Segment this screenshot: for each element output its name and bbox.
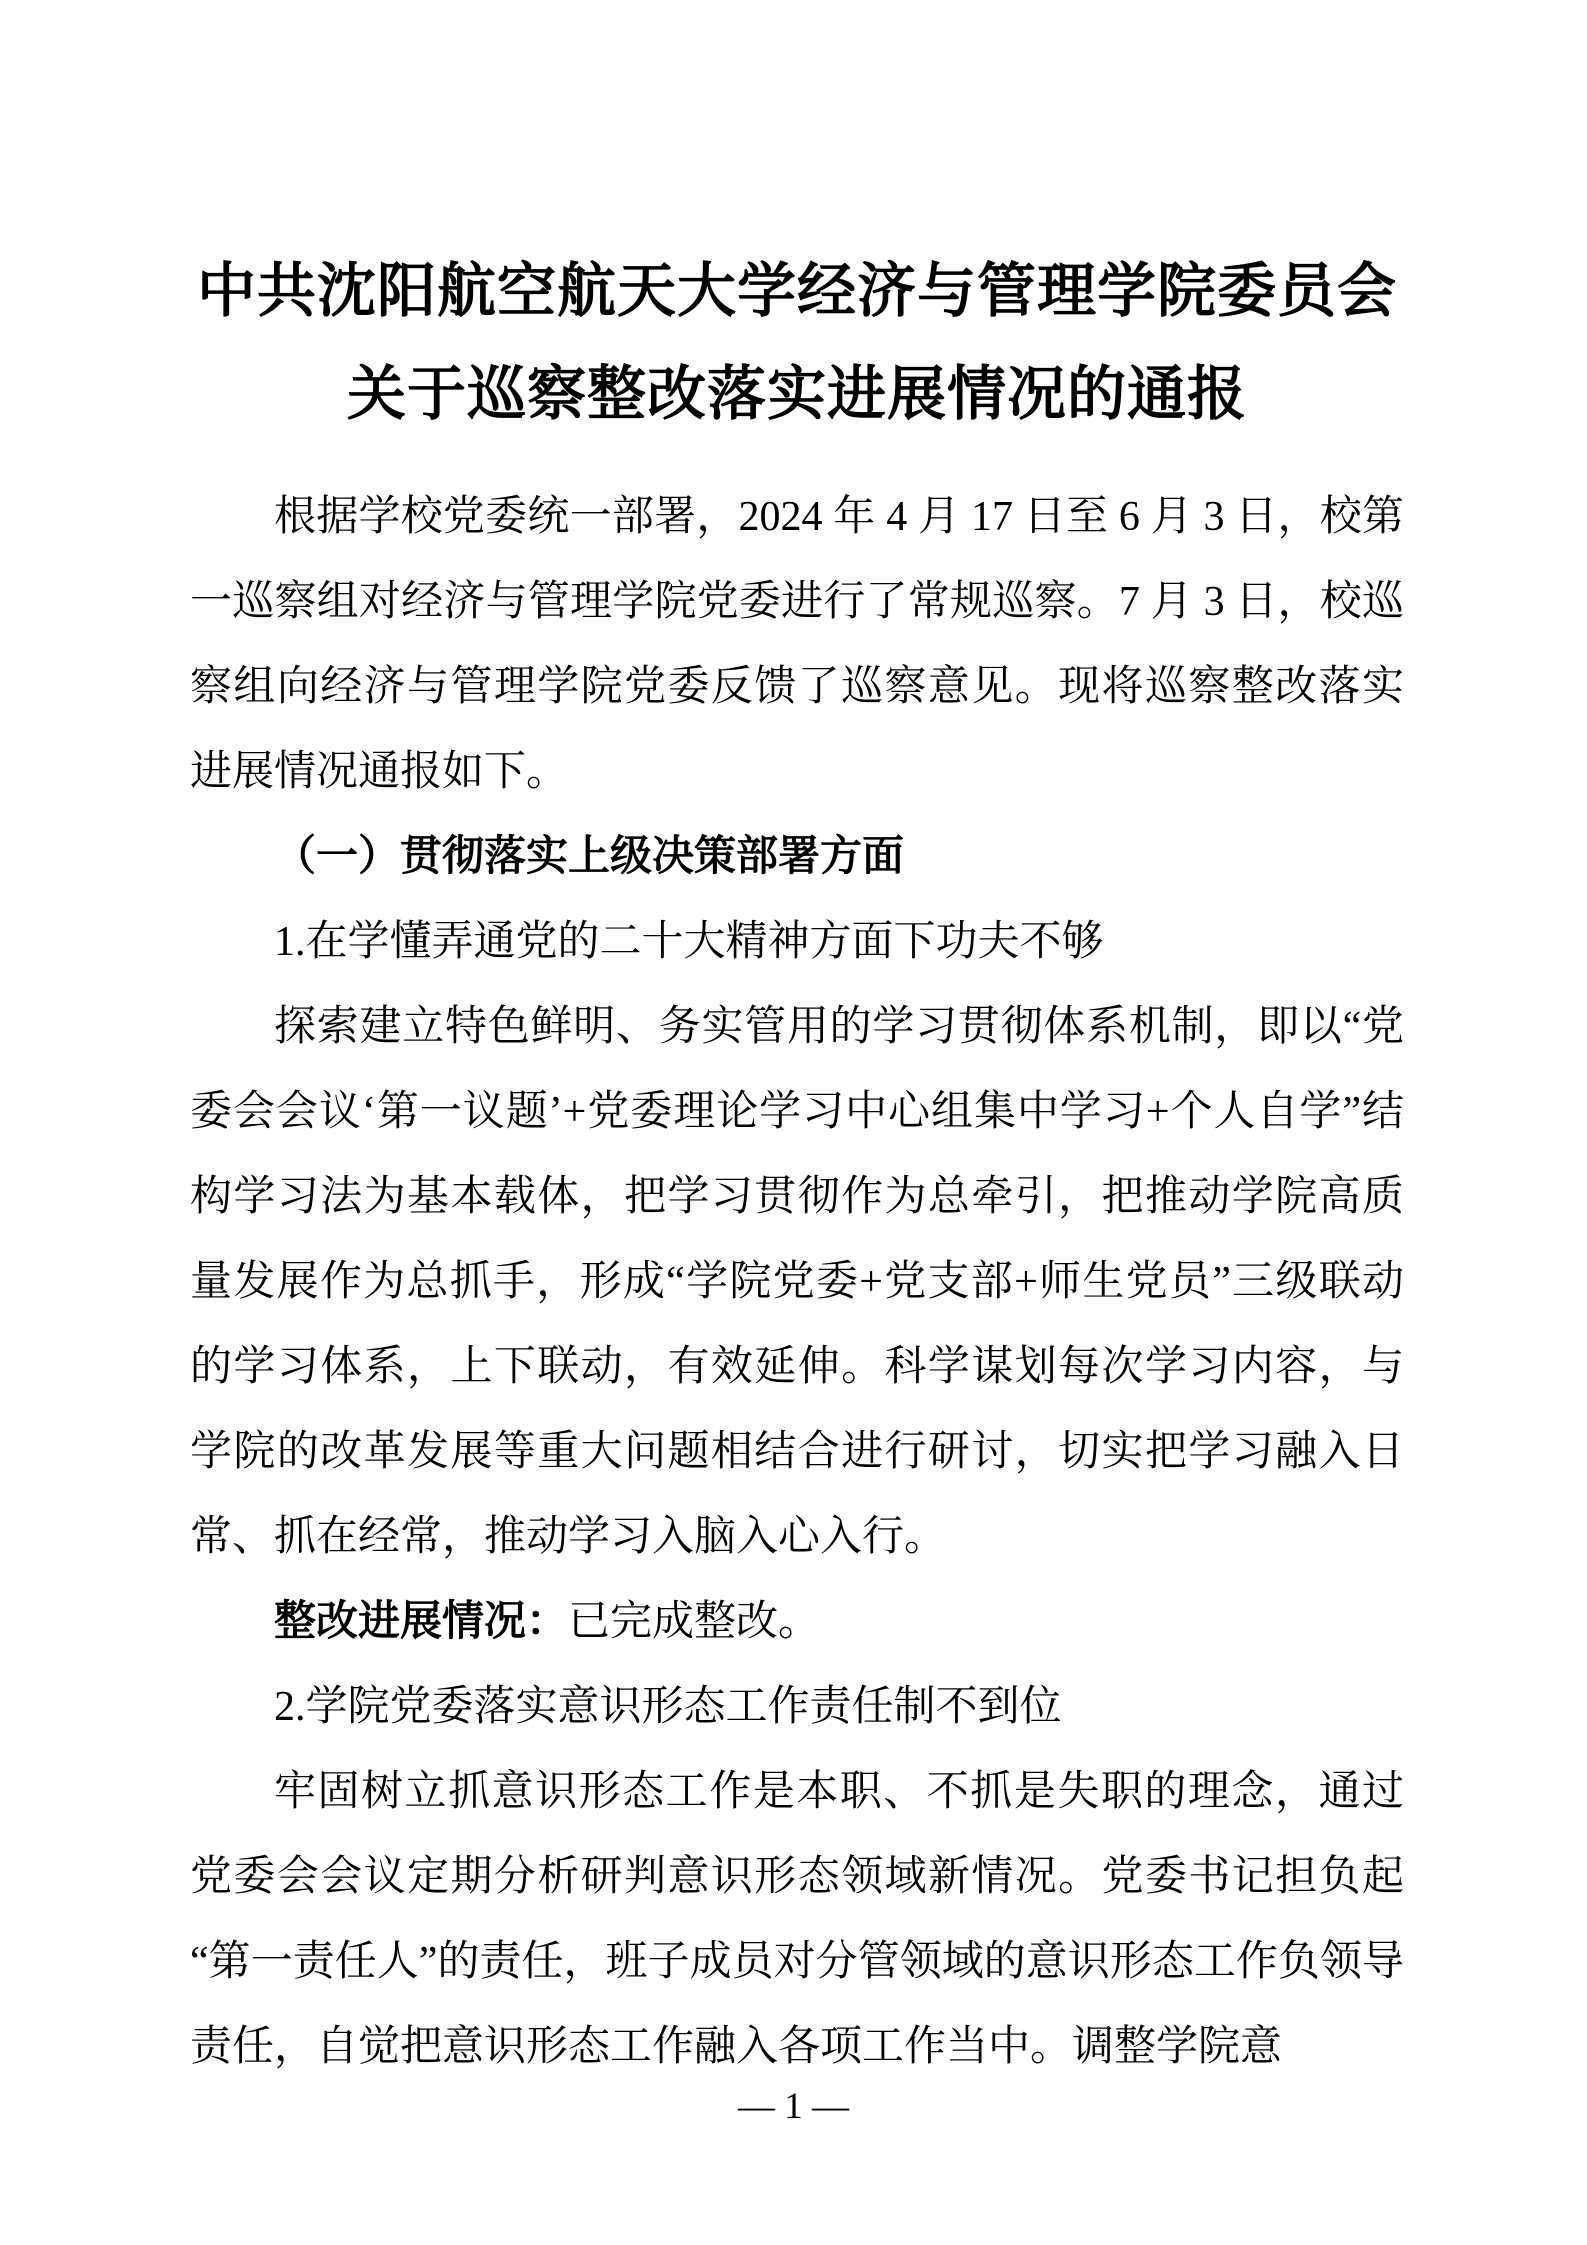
item-2-body: 牢固树立抓意识形态工作是本职、不抓是失职的理念，通过党委会会议定期分析研判意识形… [190, 1750, 1404, 2090]
progress-text: 已完成整改。 [568, 1599, 820, 1645]
progress-label: 整改进展情况： [274, 1599, 568, 1645]
page-number: — 1 — [0, 2087, 1587, 2127]
item-1-body: 探索建立特色鲜明、务实管用的学习贯彻体系机制，即以“党委会会议‘第一议题’+党委… [190, 985, 1404, 1580]
item-2-heading: 2.学院党委落实意识形态工作责任制不到位 [190, 1665, 1404, 1750]
section-1-heading: （一）贯彻落实上级决策部署方面 [190, 815, 1404, 900]
intro-paragraph: 根据学校党委统一部署，2024 年 4 月 17 日至 6 月 3 日，校第一巡… [190, 475, 1404, 815]
item-1-progress-line: 整改进展情况：已完成整改。 [190, 1580, 1404, 1665]
document-page: 中共沈阳航空航天大学经济与管理学院委员会 关于巡察整改落实进展情况的通报 根据学… [0, 0, 1587, 2245]
document-title-line-2: 关于巡察整改落实进展情况的通报 [190, 343, 1404, 446]
item-1-heading: 1.在学懂弄通党的二十大精神方面下功夫不够 [190, 900, 1404, 985]
document-title-line-1: 中共沈阳航空航天大学经济与管理学院委员会 [190, 240, 1404, 343]
document-title: 中共沈阳航空航天大学经济与管理学院委员会 关于巡察整改落实进展情况的通报 [190, 240, 1404, 446]
